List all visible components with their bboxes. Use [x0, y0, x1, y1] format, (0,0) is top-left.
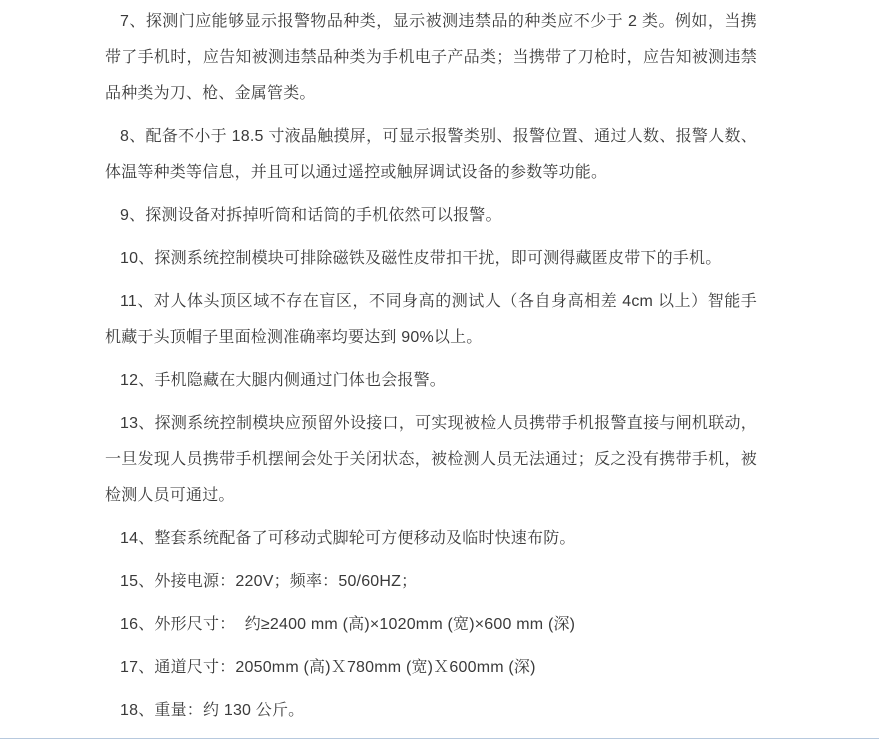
spec-item-10: 10、探测系统控制模块可排除磁铁及磁性皮带扣干扰，即可测得藏匿皮带下的手机。 [105, 241, 757, 277]
spec-item-14: 14、整套系统配备了可移动式脚轮可方便移动及临时快速布防。 [105, 521, 757, 557]
spec-item-15: 15、外接电源：220V；频率：50/60HZ； [105, 564, 757, 600]
spec-item-7: 7、探测门应能够显示报警物品种类，显示被测违禁品的种类应不少于 2 类。例如，当… [105, 4, 757, 112]
spec-item-8: 8、配备不小于 18.5 寸液晶触摸屏，可显示报警类别、报警位置、通过人数、报警… [105, 119, 757, 191]
document-page: 7、探测门应能够显示报警物品种类，显示被测违禁品的种类应不少于 2 类。例如，当… [0, 0, 879, 741]
spec-item-16: 16、外形尺寸： 约≥2400 mm (高)×1020mm (宽)×600 mm… [105, 607, 757, 643]
spec-item-12: 12、手机隐藏在大腿内侧通过门体也会报警。 [105, 363, 757, 399]
spec-item-11: 11、对人体头顶区域不存在盲区，不同身高的测试人（各自身高相差 4cm 以上）智… [105, 284, 757, 356]
spec-item-17: 17、通道尺寸：2050mm (高)Ｘ780mm (宽)Ｘ600mm (深) [105, 650, 757, 686]
document-body: 7、探测门应能够显示报警物品种类，显示被测违禁品的种类应不少于 2 类。例如，当… [105, 0, 757, 736]
spec-item-9: 9、探测设备对拆掉听筒和话筒的手机依然可以报警。 [105, 198, 757, 234]
page-bottom-rule [0, 738, 879, 739]
spec-item-13: 13、探测系统控制模块应预留外设接口，可实现被检人员携带手机报警直接与闸机联动，… [105, 406, 757, 514]
spec-item-18: 18、重量：约 130 公斤。 [105, 693, 757, 729]
